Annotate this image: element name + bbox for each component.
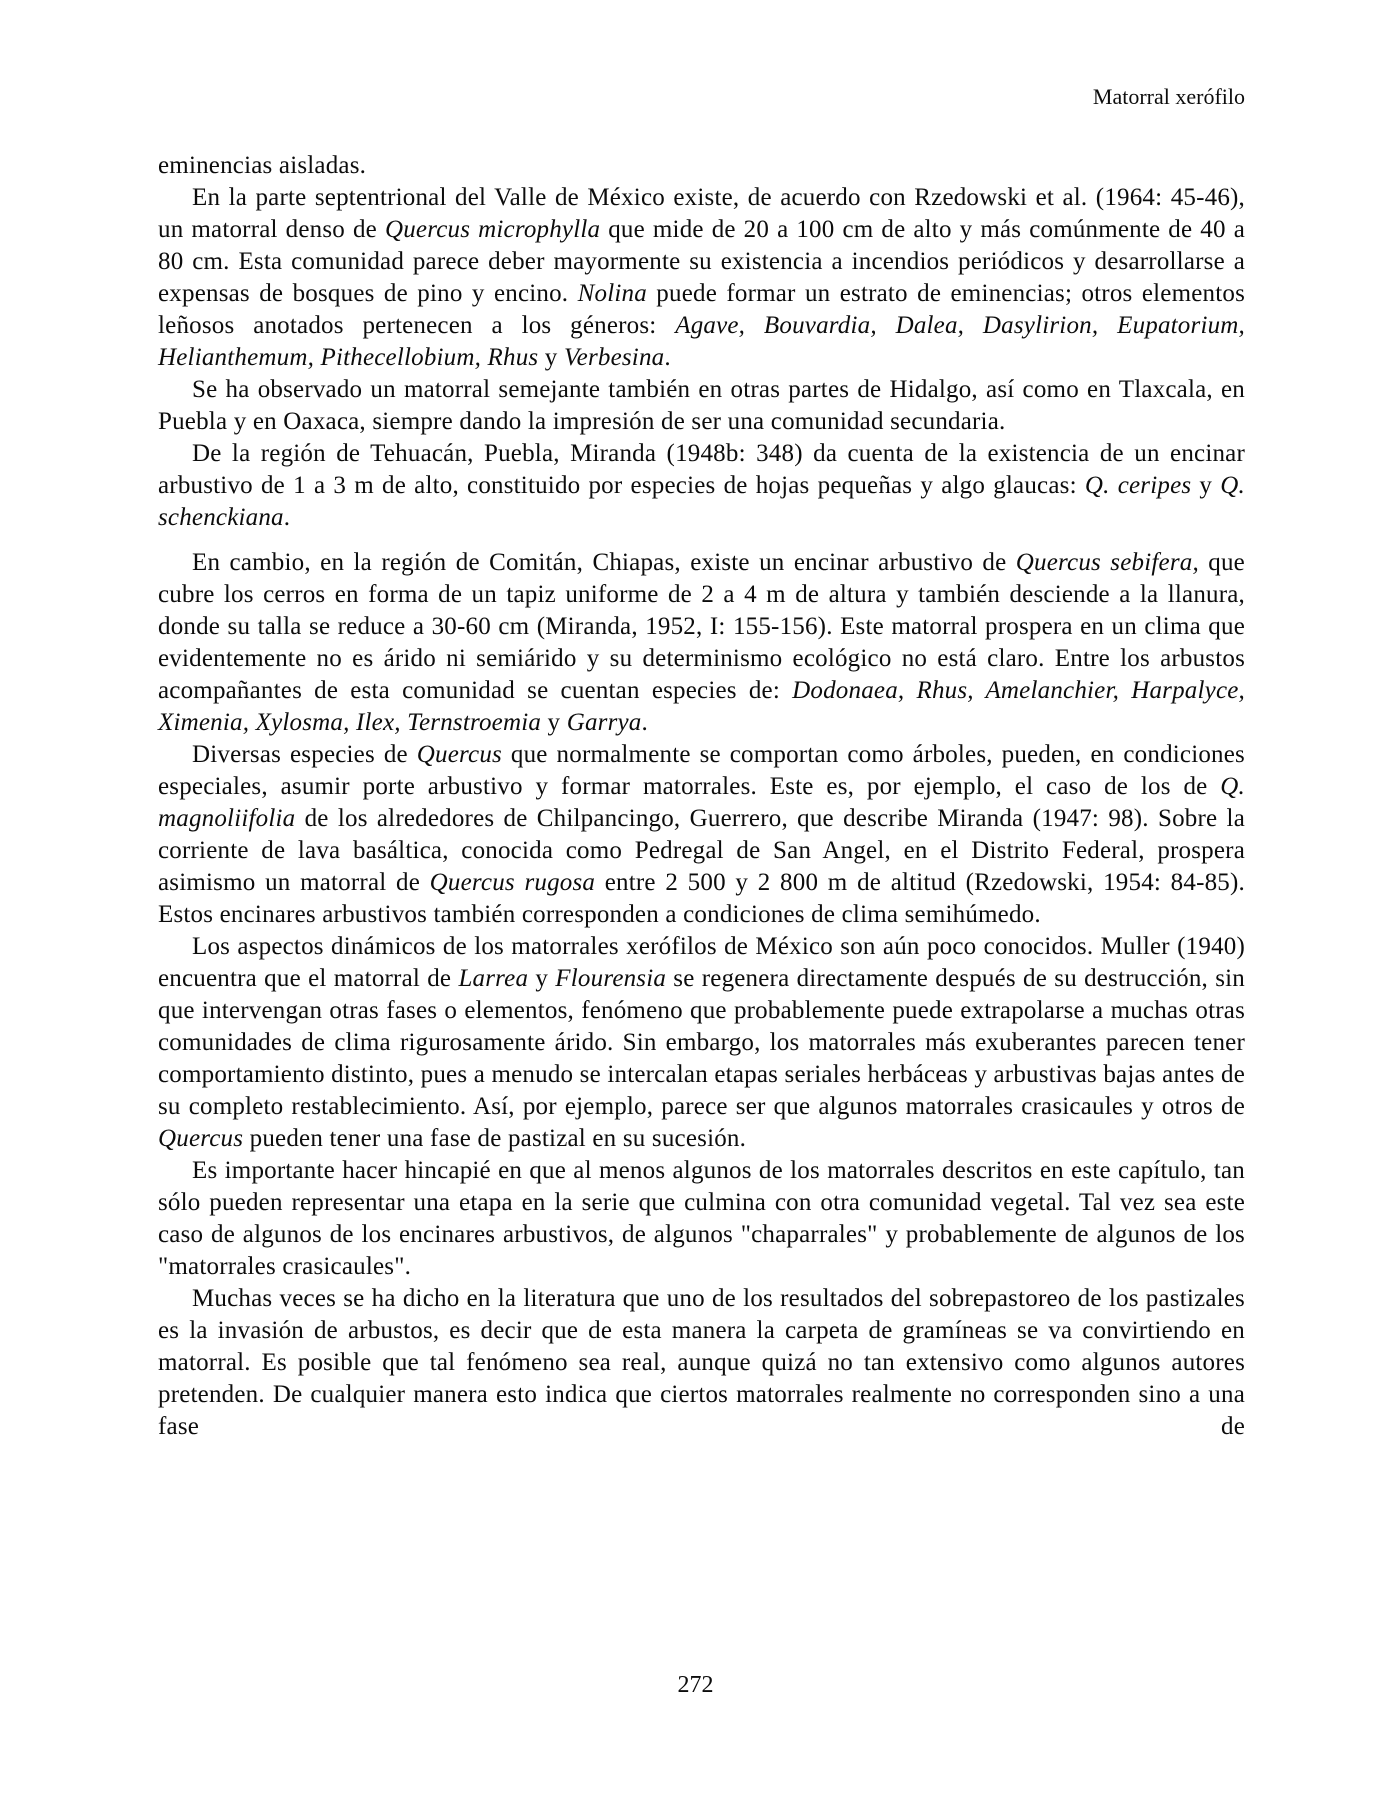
species-name: Quercus microphylla: [385, 216, 600, 243]
text-run: eminencias aisladas.: [158, 152, 366, 179]
text-run: y: [528, 965, 555, 992]
text-run: .: [664, 344, 670, 371]
paragraph: Muchas veces se ha dicho en la literatur…: [158, 1283, 1245, 1443]
document-page: Matorral xerófilo eminencias aisladas.En…: [0, 0, 1391, 1800]
species-name: Verbesina: [564, 344, 664, 371]
body-text: eminencias aisladas.En la parte septentr…: [158, 150, 1245, 1443]
species-name: Garrya: [567, 709, 642, 736]
paragraph: De la región de Tehuacán, Puebla, Mirand…: [158, 438, 1245, 534]
text-run: .: [284, 504, 290, 531]
species-name: Flourensia: [555, 965, 666, 992]
text-run: y: [541, 709, 567, 736]
species-name: Q. ceripes: [1085, 472, 1191, 499]
text-run: Es importante hacer hincapié en que al m…: [158, 1157, 1245, 1280]
species-name: Quercus sebifera,: [1016, 549, 1199, 576]
species-name: Quercus: [417, 741, 502, 768]
text-run: Muchas veces se ha dicho en la literatur…: [158, 1285, 1245, 1440]
species-name: Quercus rugosa: [430, 869, 595, 896]
text-run: Se ha observado un matorral semejante ta…: [158, 376, 1245, 435]
paragraph: En la parte septentrional del Valle de M…: [158, 182, 1245, 374]
text-run: y: [538, 344, 564, 371]
paragraph: eminencias aisladas.: [158, 150, 1245, 182]
paragraph: Diversas especies de Quercus que normalm…: [158, 739, 1245, 931]
paragraph: En cambio, en la región de Comitán, Chia…: [158, 547, 1245, 739]
running-header: Matorral xerófilo: [158, 84, 1245, 110]
species-name: Quercus: [158, 1125, 243, 1152]
text-run: Diversas especies de: [192, 741, 417, 768]
text-run: De la región de Tehuacán, Puebla, Mirand…: [158, 440, 1245, 499]
paragraph: Es importante hacer hincapié en que al m…: [158, 1155, 1245, 1283]
text-run: y: [1191, 472, 1220, 499]
species-name: Nolina: [578, 280, 647, 307]
text-run: pueden tener una fase de pastizal en su …: [243, 1125, 746, 1152]
page-number: 272: [0, 1672, 1391, 1699]
paragraph: Se ha observado un matorral semejante ta…: [158, 374, 1245, 438]
paragraph: Los aspectos dinámicos de los matorrales…: [158, 931, 1245, 1155]
species-name: Larrea: [458, 965, 528, 992]
text-run: En cambio, en la región de Comitán, Chia…: [192, 549, 1016, 576]
text-run: .: [642, 709, 648, 736]
